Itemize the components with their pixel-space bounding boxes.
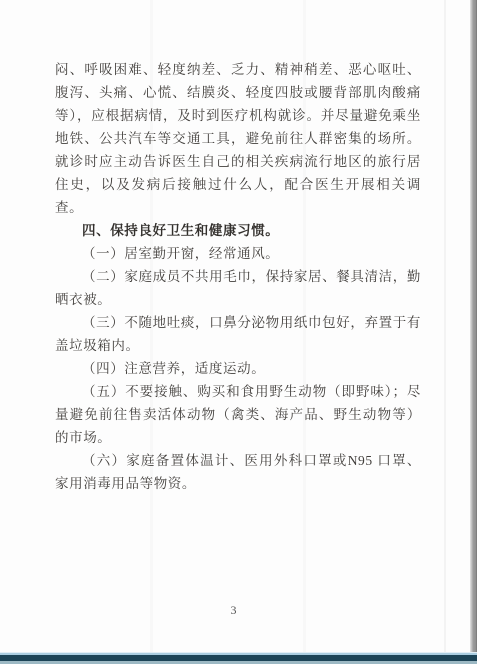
paragraph: （二）家庭成员不共用毛巾，保持家居、餐具清洁，勤晒衣被。 <box>55 265 421 311</box>
paragraph: （六）家庭备置体温计、医用外科口罩或N95 口罩、家用消毒用品等物资。 <box>55 449 421 495</box>
document-body: 闷、呼吸困难、轻度纳差、乏力、精神稍差、恶心呕吐、腹泻、头痛、心慌、结膜炎、轻度… <box>55 58 421 495</box>
page-number: 3 <box>0 603 467 618</box>
paragraph: （一）居室勤开窗，经常通风。 <box>55 242 421 265</box>
page-right-edge <box>470 0 477 664</box>
section-heading: 四、保持良好卫生和健康习惯。 <box>55 219 421 242</box>
paragraph: （三）不随地吐痰，口鼻分泌物用纸巾包好，弃置于有盖垃圾箱内。 <box>55 311 421 357</box>
paragraph: 闷、呼吸困难、轻度纳差、乏力、精神稍差、恶心呕吐、腹泻、头痛、心慌、结膜炎、轻度… <box>55 58 421 219</box>
paragraph: （四）注意营养，适度运动。 <box>55 357 421 380</box>
document-page: 闷、呼吸困难、轻度纳差、乏力、精神稍差、恶心呕吐、腹泻、头痛、心慌、结膜炎、轻度… <box>0 0 477 664</box>
paragraph: （五）不要接触、购买和食用野生动物（即野味）；尽量避免前往售卖活体动物（禽类、海… <box>55 380 421 449</box>
page-bottom-edge <box>0 652 477 664</box>
scan-streak <box>444 0 446 652</box>
